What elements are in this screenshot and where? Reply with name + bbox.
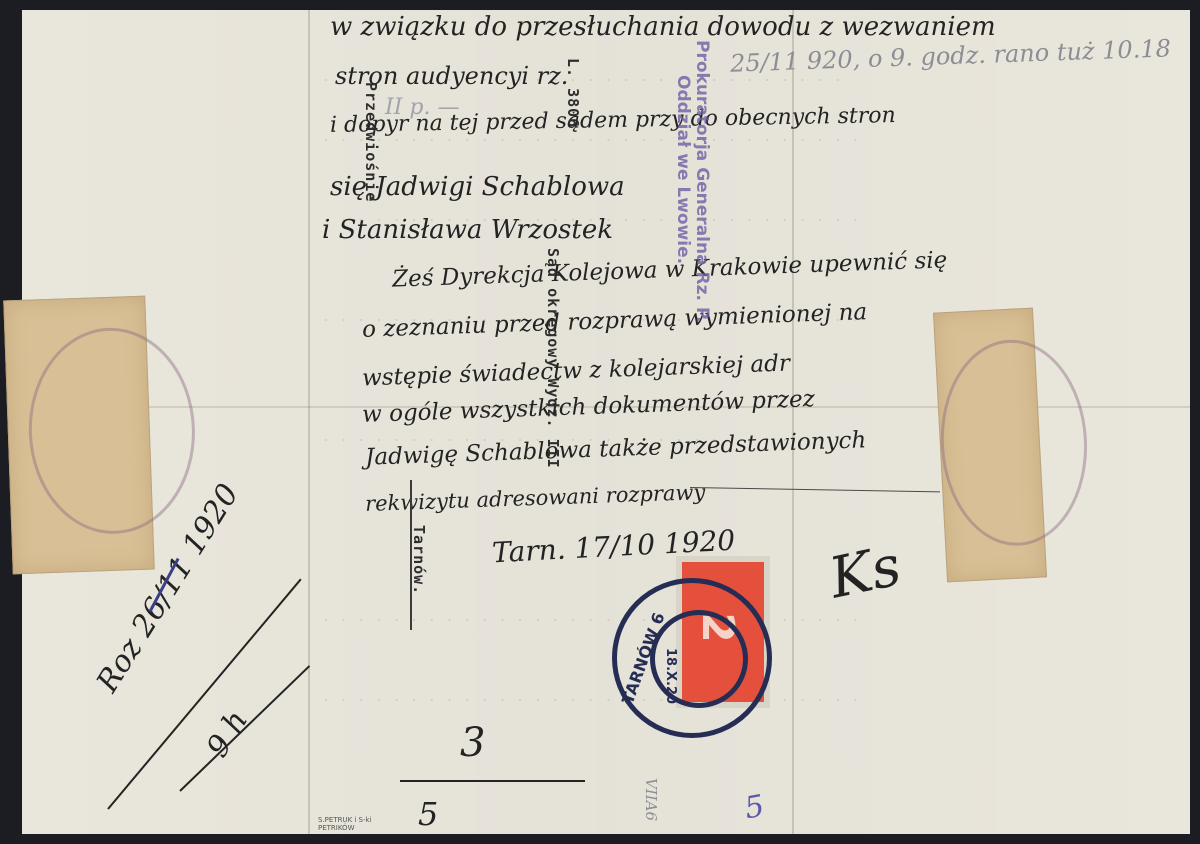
- handwritten-line: w związku do przesłuchania dowodu z wezw…: [330, 12, 996, 42]
- typed-place-top: Przedwiośnie: [362, 82, 380, 202]
- postmark-date: 18.X.20: [663, 648, 678, 704]
- purple-stamp-line2: Oddział we Lwowie.: [673, 75, 693, 264]
- typed-place-bottom: Tarnów.: [410, 525, 428, 595]
- bottom-pencil-note: VIIA6: [642, 778, 660, 821]
- fold-line-vertical: [308, 10, 310, 834]
- purple-stamp-line1: Prokuratorja Generalna Rz. P.: [692, 40, 712, 323]
- bottom-scribble: 3: [460, 720, 485, 766]
- printer-mark: S.PETRUK i S-ki PETRIKÓW: [318, 816, 372, 832]
- typed-rule: [410, 480, 412, 630]
- typed-court: Sąd okręgowy Wydz. III: [544, 248, 562, 469]
- tape-right: [933, 308, 1047, 583]
- pencil-note-ref: II p. —: [385, 95, 459, 120]
- printer-mark-line1: S.PETRUK i S-ki: [318, 816, 372, 824]
- tape-left: [3, 296, 154, 575]
- bottom-number: 5: [418, 795, 438, 833]
- typed-reference: L. 3806: [564, 58, 582, 128]
- handwritten-line: i Stanisława Wrzostek: [322, 215, 613, 245]
- bottom-line: [400, 780, 585, 782]
- printer-mark-line2: PETRIKÓW: [318, 824, 372, 832]
